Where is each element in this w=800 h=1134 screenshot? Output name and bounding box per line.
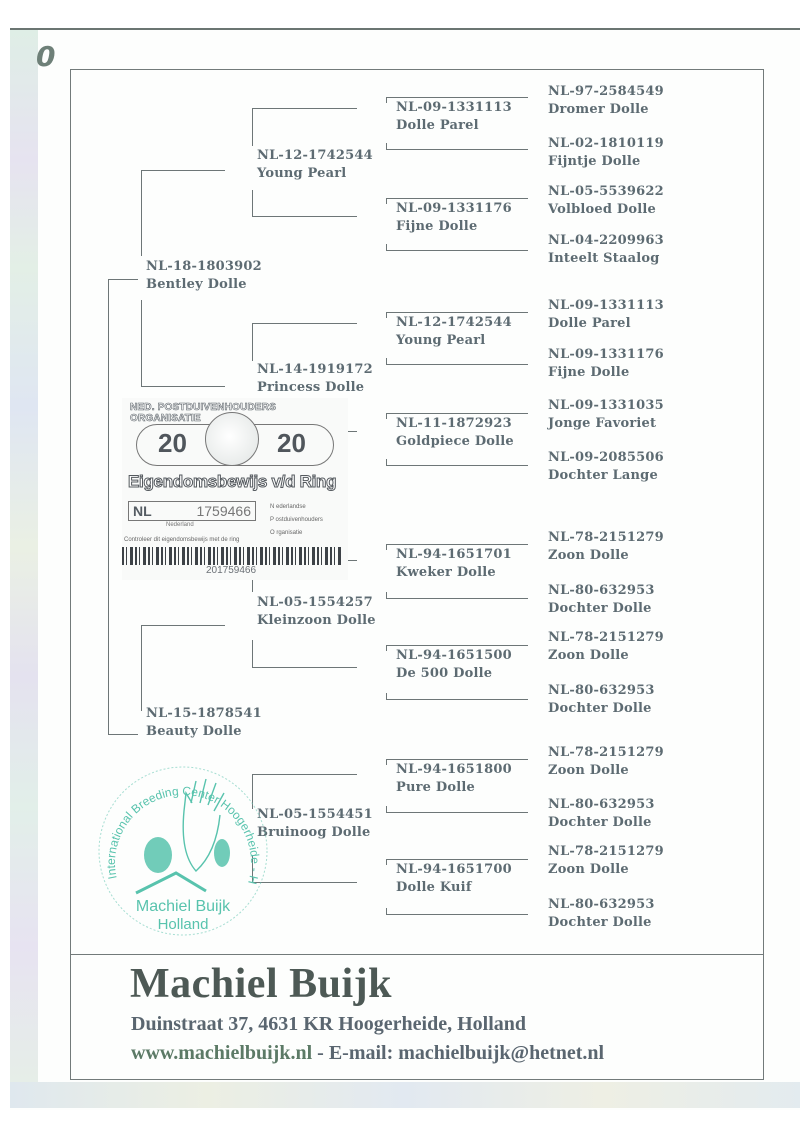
bird-name: Kleinzoon Dolle (257, 612, 376, 630)
bird-name: Volbloed Dolle (548, 201, 664, 219)
connector-line (141, 625, 225, 626)
pedigree-entry-gen3: NL-94-1651701 Kweker Dolle (396, 546, 512, 582)
stamp-country: Holland (158, 916, 209, 933)
ring-number: NL-14-1919172 (257, 361, 373, 379)
ring-number: NL-09-1331176 (396, 200, 512, 218)
connector-line (108, 279, 109, 734)
pedigree-entry-sire: NL-18-1803902 Bentley Dolle (146, 258, 262, 294)
connector-line (252, 323, 357, 324)
connector-line (386, 859, 528, 860)
bird-name: Young Pearl (257, 165, 373, 183)
bird-name: Dromer Dolle (548, 101, 664, 119)
connector-line (386, 598, 528, 599)
breeder-name: Machiel Buijk (130, 960, 392, 1008)
pedigree-entry-gen4: NL-80-632953 Dochter Dolle (548, 796, 655, 832)
certificate-year-left: 20 (158, 428, 187, 459)
pedigree-entry-gen3: NL-09-1331113 Dolle Parel (396, 99, 512, 135)
pedigree-entry-gen4: NL-80-632953 Dochter Dolle (548, 582, 655, 618)
ring-number: NL-09-1331113 (396, 99, 512, 117)
certificate-country-label: Nederland (166, 522, 194, 528)
ring-number: NL-78-2151279 (548, 744, 664, 762)
pedigree-entry-gen4: NL-09-1331113 Dolle Parel (548, 297, 664, 333)
ring-number: NL-05-1554451 (257, 806, 373, 824)
ring-number: NL-94-1651500 (396, 647, 512, 665)
svg-text:International Breeding Center: International Breeding Center Hoogerheid… (96, 763, 262, 886)
ring-number: NL-80-632953 (548, 582, 655, 600)
connector-line (252, 190, 253, 217)
ring-number: NL-12-1742544 (396, 314, 512, 332)
bird-name: Bentley Dolle (146, 276, 262, 294)
bird-name: Inteelt Staalog (548, 250, 664, 268)
ring-number: NL-78-2151279 (548, 529, 664, 547)
bird-name: Jonge Favoriet (548, 415, 664, 433)
connector-line (252, 108, 357, 109)
pedigree-entry-gen3: NL-12-1742544 Young Pearl (396, 314, 512, 350)
connector-line (386, 465, 528, 466)
bird-name: Zoon Dolle (548, 861, 664, 879)
ring-number: NL-18-1803902 (146, 258, 262, 276)
pedigree-entry-gen4: NL-97-2584549 Dromer Dolle (548, 83, 664, 119)
scan-bottom-edge (10, 1082, 800, 1108)
bird-name: Fijntje Dolle (548, 153, 664, 171)
bird-name: Goldpiece Dolle (396, 433, 514, 451)
connector-line (386, 759, 528, 760)
certificate-ring-box: NL 1759466 (128, 501, 256, 521)
connector-line (141, 386, 225, 387)
breeder-stamp: International Breeding Center Hoogerheid… (96, 763, 270, 939)
bird-name: Zoon Dolle (548, 547, 664, 565)
connector-line (252, 667, 357, 668)
connector-line (141, 170, 225, 171)
certificate-year-right: 20 (277, 428, 306, 459)
connector-line (252, 323, 253, 361)
pedigree-entry-gen2: NL-12-1742544 Young Pearl (257, 147, 373, 183)
barcode-number: 201759466 (206, 565, 256, 576)
connector-line (141, 300, 142, 386)
pedigree-entry-gen3: NL-94-1651500 De 500 Dolle (396, 647, 512, 683)
connector-line (386, 364, 528, 365)
breeder-address: Duinstraat 37, 4631 KR Hoogerheide, Holl… (131, 1013, 526, 1036)
bird-name: Young Pearl (396, 332, 512, 350)
ring-ownership-certificate: Ned. Postduivenhouders Organisatie 20 20… (122, 398, 348, 580)
pedigree-entry-gen4: NL-78-2151279 Zoon Dolle (548, 744, 664, 780)
page-mark: 0 (36, 40, 55, 73)
pedigree-entry-gen2: NL-05-1554451 Bruinoog Dolle (257, 806, 373, 842)
pedigree-entry-gen4: NL-80-632953 Dochter Dolle (548, 682, 655, 718)
connector-line (386, 413, 528, 414)
connector-line (386, 250, 528, 251)
pedigree-entry-gen4: NL-05-5539622 Volbloed Dolle (548, 183, 664, 219)
breeder-contact: www.machielbuijk.nl - E-mail: machielbui… (131, 1042, 604, 1065)
npo-line: P ostduivenhouders (270, 514, 323, 527)
pedigree-entry-gen3: NL-94-1651700 Dolle Kuif (396, 861, 512, 897)
pedigree-entry-gen4: NL-09-2085506 Dochter Lange (548, 449, 664, 485)
ring-number: NL-05-5539622 (548, 183, 664, 201)
ring-number: NL-09-1331176 (548, 346, 664, 364)
ring-number: NL-12-1742544 (257, 147, 373, 165)
bird-name: Dochter Dolle (548, 700, 655, 718)
bird-icon (144, 837, 172, 873)
pedigree-entry-gen4: NL-78-2151279 Zoon Dolle (548, 843, 664, 879)
ring-number: NL-09-1331035 (548, 397, 664, 415)
barcode-icon (122, 547, 342, 565)
pedigree-entry-gen4: NL-09-1331035 Jonge Favoriet (548, 397, 664, 433)
pedigree-entry-gen3: NL-09-1331176 Fijne Dolle (396, 200, 512, 236)
bird-name: Kweker Dolle (396, 564, 512, 582)
connector-line (386, 645, 528, 646)
stamp-name: Machiel Buijk (136, 898, 231, 915)
connector-line (386, 914, 528, 915)
bird-name: Dolle Parel (396, 117, 512, 135)
bird-name: Dochter Lange (548, 467, 664, 485)
bird-name: Dolle Parel (548, 315, 664, 333)
bird-name: Dochter Dolle (548, 914, 655, 932)
pedigree-entry-gen4: NL-78-2151279 Zoon Dolle (548, 529, 664, 565)
connector-line (141, 625, 142, 711)
email-separator: - E-mail: (312, 1042, 398, 1064)
connector-line (108, 734, 138, 735)
pedigree-entry-gen2: NL-05-1554257 Kleinzoon Dolle (257, 594, 376, 630)
connector-line (386, 699, 528, 700)
ring-number: NL-11-1872923 (396, 415, 514, 433)
bird-name: Zoon Dolle (548, 647, 664, 665)
connector-line (252, 216, 357, 217)
website-link[interactable]: www.machielbuijk.nl (131, 1042, 312, 1064)
pedigree-entry-gen4: NL-09-1331176 Fijne Dolle (548, 346, 664, 382)
ring-number: NL-05-1554257 (257, 594, 376, 612)
pedigree-entry-gen2: NL-14-1919172 Princess Dolle (257, 361, 373, 397)
pedigree-entry-gen4: NL-80-632953 Dochter Dolle (548, 896, 655, 932)
ring-number: NL-97-2584549 (548, 83, 664, 101)
bird-name: Fijne Dolle (396, 218, 512, 236)
npo-line: O rganisatie (270, 527, 323, 540)
ring-number: NL-94-1651701 (396, 546, 512, 564)
ring-number: NL-15-1878541 (146, 705, 262, 723)
pedigree-entry-gen4: NL-04-2209963 Inteelt Staalog (548, 232, 664, 268)
bird-name: Zoon Dolle (548, 762, 664, 780)
bird-name: Bruinoog Dolle (257, 824, 373, 842)
bird-name: Fijne Dolle (548, 364, 664, 382)
scan-edge-strip (10, 30, 38, 1108)
pedigree-entry-gen4: NL-78-2151279 Zoon Dolle (548, 629, 664, 665)
connector-line (252, 640, 253, 667)
ring-number: NL-04-2209963 (548, 232, 664, 250)
stamp-arc-text: International Breeding Center Hoogerheid… (96, 763, 262, 886)
bird-name: Dochter Dolle (548, 600, 655, 618)
email-link[interactable]: machielbuijk@hetnet.nl (398, 1042, 604, 1064)
certificate-ring-number: 1759466 (196, 503, 251, 519)
connector-line (386, 312, 528, 313)
ring-number: NL-78-2151279 (548, 629, 664, 647)
ring-number: NL-02-1810119 (548, 135, 664, 153)
ring-number: NL-80-632953 (548, 682, 655, 700)
ring-number: NL-94-1651700 (396, 861, 512, 879)
certificate-note: Controleer dit eigendomsbewijs met de ri… (124, 537, 239, 543)
connector-line (252, 108, 253, 146)
connector-line (386, 544, 528, 545)
connector-line (386, 97, 528, 98)
pedigree-entry-gen3: NL-94-1651800 Pure Dolle (396, 761, 512, 797)
ring-number: NL-09-1331113 (548, 297, 664, 315)
connector-line (141, 170, 142, 256)
bird-name: De 500 Dolle (396, 665, 512, 683)
certificate-country-prefix: NL (133, 503, 152, 519)
connector-line (386, 198, 528, 199)
certificate-title: Eigendomsbewijs v/d Ring (128, 472, 336, 492)
connector-line (252, 580, 253, 592)
footer-divider (70, 954, 764, 955)
bird-name: Dolle Kuif (396, 879, 512, 897)
connector-line (386, 149, 528, 150)
pedigree-entry-gen3: NL-11-1872923 Goldpiece Dolle (396, 415, 514, 451)
bird-name: Beauty Dolle (146, 723, 262, 741)
connector-line (386, 812, 528, 813)
ring-number: NL-78-2151279 (548, 843, 664, 861)
connector-line (108, 279, 138, 280)
pedigree-entry-dam: NL-15-1878541 Beauty Dolle (146, 705, 262, 741)
ring-number: NL-09-2085506 (548, 449, 664, 467)
pedigree-entry-gen4: NL-02-1810119 Fijntje Dolle (548, 135, 664, 171)
certificate-npo-block: N ederlandse P ostduivenhouders O rganis… (270, 501, 323, 540)
bird-name: Pure Dolle (396, 779, 512, 797)
bird-name: Princess Dolle (257, 379, 373, 397)
npo-line: N ederlandse (270, 501, 323, 514)
ring-number: NL-94-1651800 (396, 761, 512, 779)
ring-number: NL-80-632953 (548, 796, 655, 814)
ring-number: NL-80-632953 (548, 896, 655, 914)
globe-icon (205, 412, 259, 466)
bird-name: Dochter Dolle (548, 814, 655, 832)
